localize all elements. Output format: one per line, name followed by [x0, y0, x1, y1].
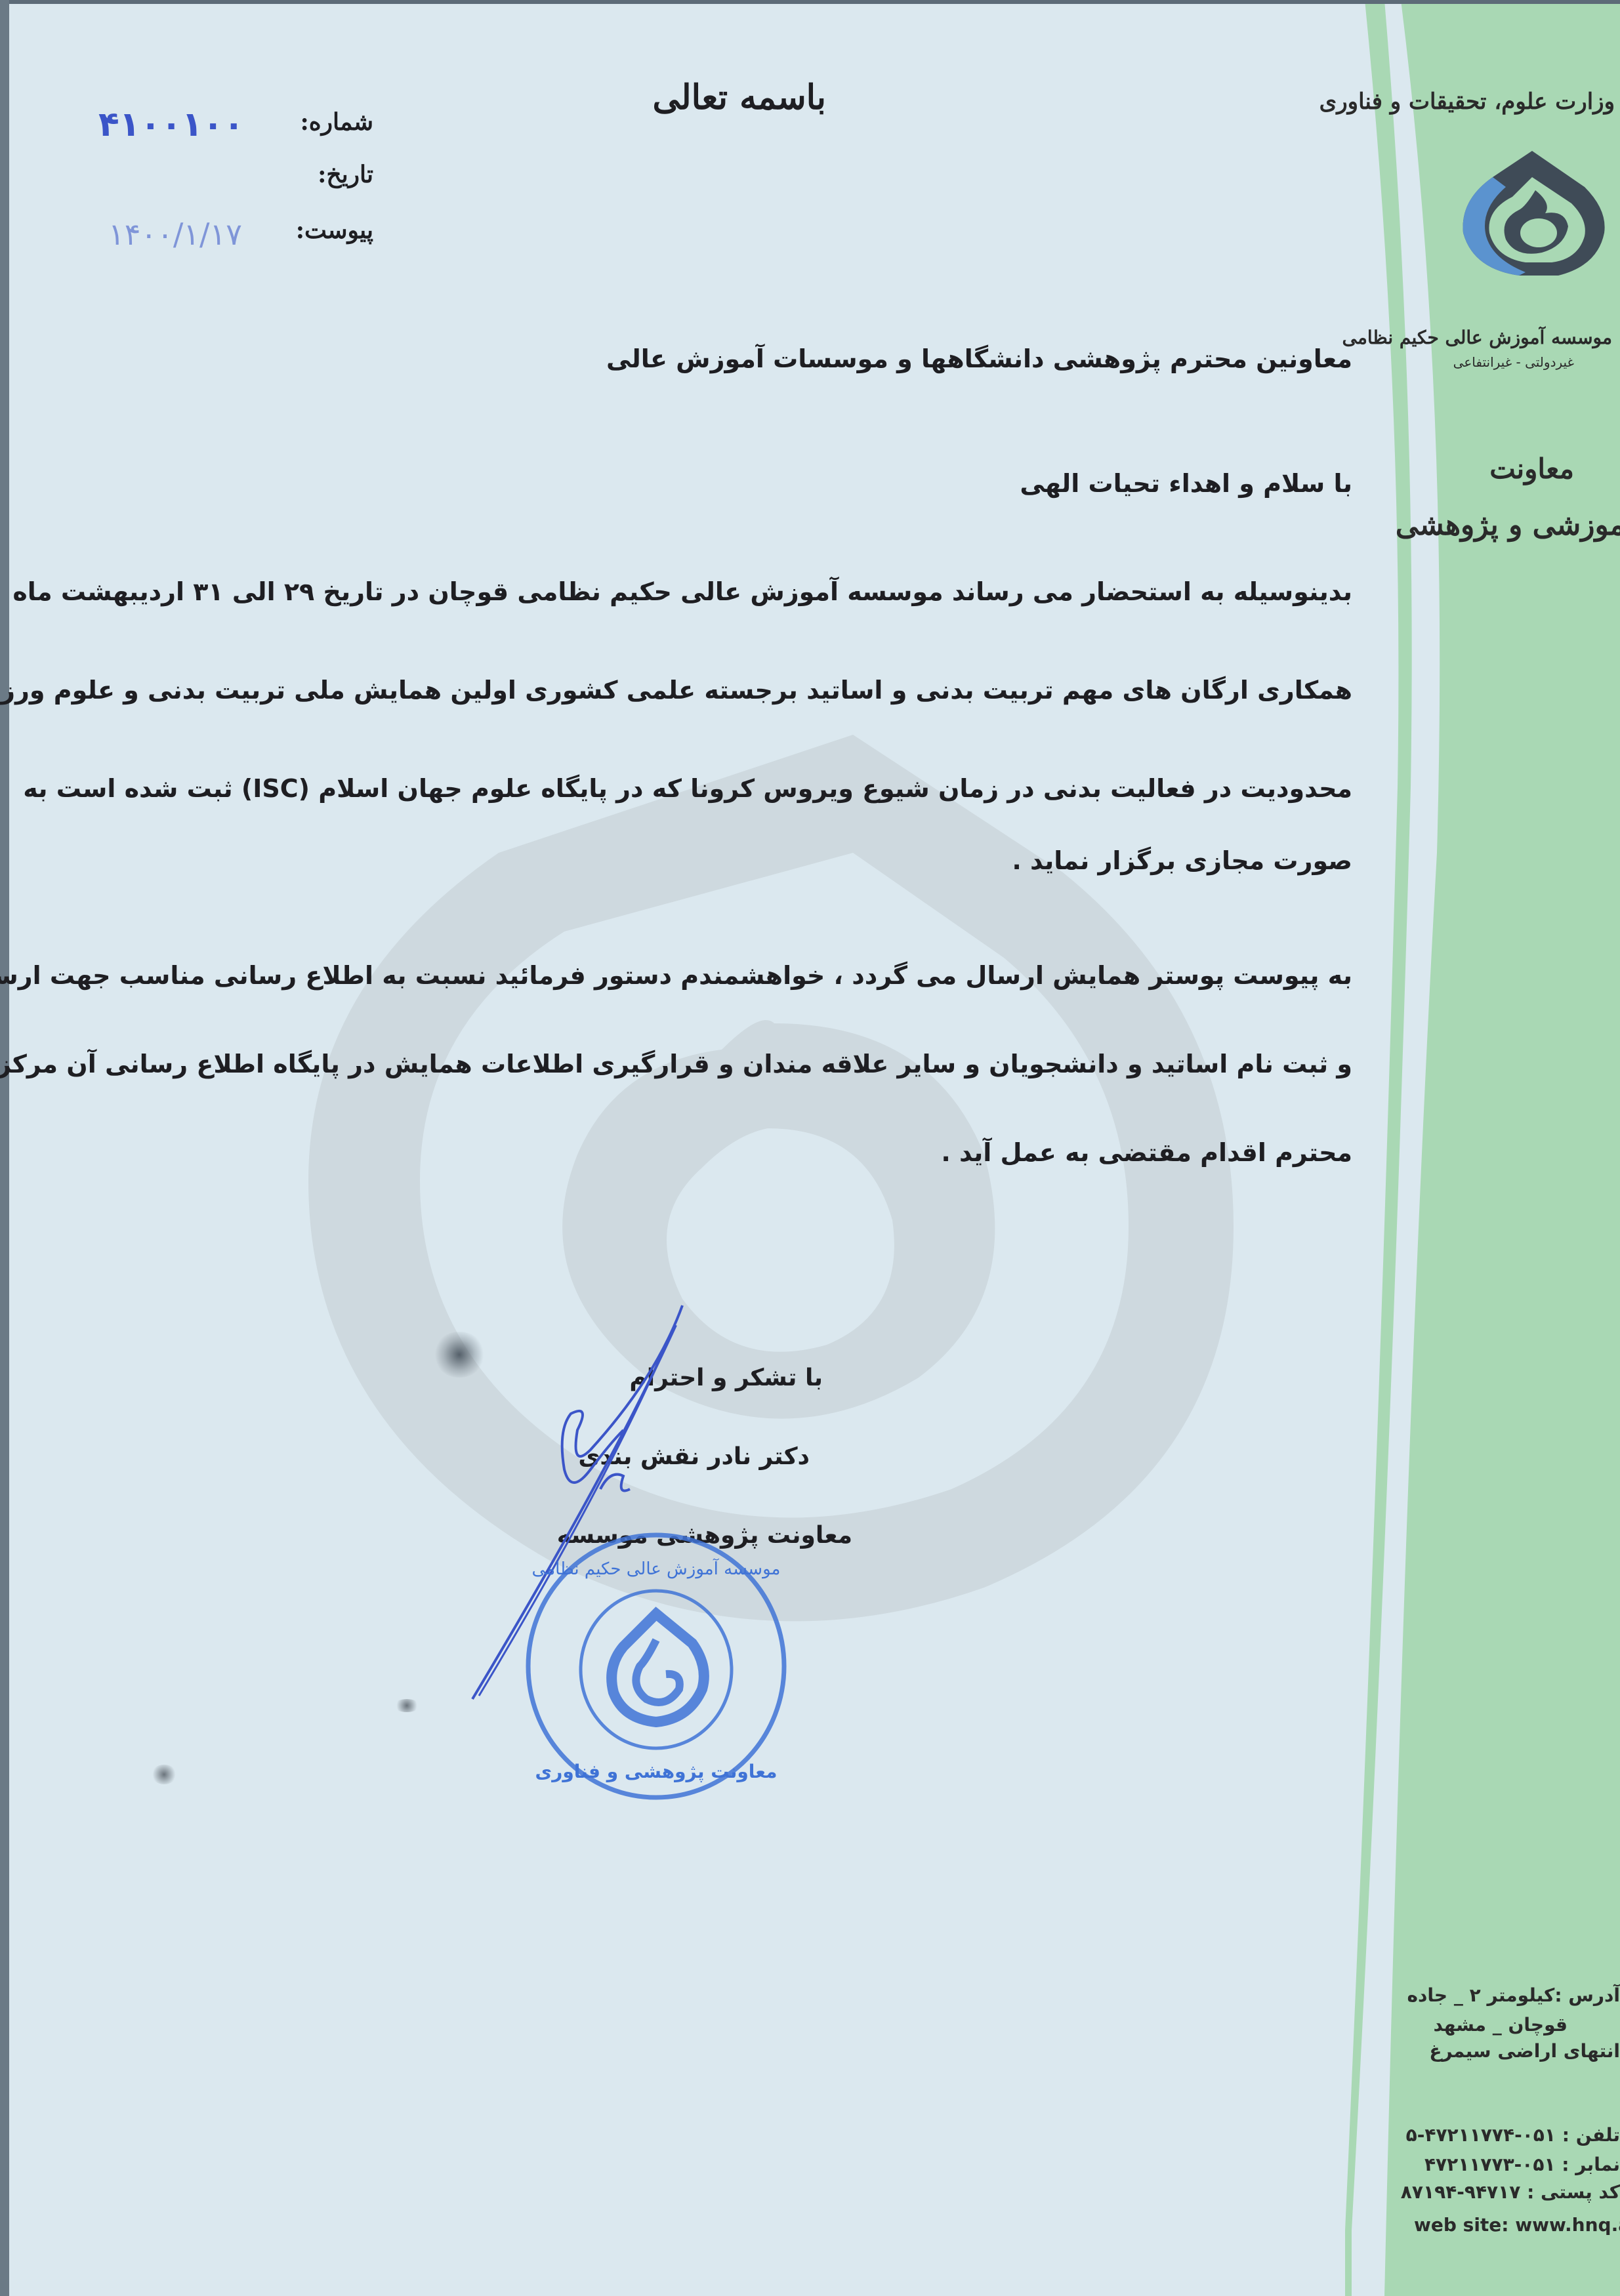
- scan-top-edge: [0, 0, 1620, 4]
- department-line1: معاونت: [1489, 453, 1574, 485]
- paragraph2-line: و ثبت نام اساتید و دانشجویان و سایر علاق…: [0, 1050, 1352, 1078]
- paragraph1-line: همکاری ارگان های مهم تربیت بدنی و اساتید…: [0, 676, 1352, 705]
- address-line: آدرس :کیلومتر ۲ _ جاده: [1407, 1984, 1620, 2006]
- institute-type: غیردولتی - غیرانتفاعی: [1453, 354, 1574, 370]
- institute-logo-icon: [1453, 148, 1611, 279]
- fax-number: نمابر : ۰۵۱-۴۷۲۱۱۷۷۳: [1424, 2154, 1620, 2175]
- ink-smudge: [394, 1699, 420, 1712]
- address-line: قوچان _ مشهد: [1434, 2014, 1568, 2036]
- svg-text:موسسه آموزش عالی حکیم نظامی: موسسه آموزش عالی حکیم نظامی: [532, 1558, 781, 1579]
- paragraph2-line: به پیوست پوستر همایش ارسال می گردد ، خوا…: [0, 961, 1352, 990]
- svg-text:معاونت پژوهشی و فناوری: معاونت پژوهشی و فناوری: [535, 1761, 778, 1782]
- greeting-line: با سلام و اهداء تحیات الهی: [1020, 469, 1352, 498]
- scan-left-edge: [0, 0, 9, 2296]
- date-label: تاریخ:: [318, 161, 373, 188]
- letter-number-value: ۴۱۰۰۱۰۰: [98, 105, 244, 144]
- ink-smudge: [433, 1332, 486, 1378]
- attachment-value: ۱۴۰۰/۱/۱۷: [108, 216, 242, 252]
- phone-number: تلفن : ۰۵۱-۴۷۲۱۱۷۷۴-۵: [1406, 2124, 1620, 2146]
- paragraph1-line: صورت مجازی برگزار نماید .: [1012, 846, 1352, 875]
- attachment-label: پیوست:: [296, 216, 373, 244]
- letter-page: وزارت علوم، تحقیقات و فناوری موسسه آموزش…: [0, 0, 1620, 2296]
- department-line2: آموزشی و پژوهشی: [1396, 508, 1620, 542]
- recipient-line: معاونین محترم پژوهشی دانشگاهها و موسسات …: [606, 344, 1352, 373]
- institute-name: موسسه آموزش عالی حکیم نظامی: [1342, 327, 1612, 348]
- paragraph2-line: محترم اقدام مقتضی به عمل آید .: [941, 1138, 1352, 1167]
- ink-smudge: [151, 1765, 177, 1784]
- address-line: انتهای اراضی سیمرغ: [1429, 2040, 1620, 2062]
- number-label: شماره:: [301, 108, 373, 136]
- paragraph1-line: محدودیت در فعالیت بدنی در زمان شیوع ویرو…: [23, 774, 1352, 803]
- website-link[interactable]: web site: www.hnq.ac.ir: [1414, 2214, 1620, 2236]
- postal-code: کد پستی : ۹۴۷۱۷-۸۷۱۹۴: [1401, 2181, 1620, 2203]
- paragraph1-line: بدینوسیله به استحضار می رساند موسسه آموز…: [0, 577, 1352, 606]
- official-stamp-icon: موسسه آموزش عالی حکیم نظامی معاونت پژوهش…: [518, 1528, 794, 1804]
- ministry-name: وزارت علوم، تحقیقات و فناوری: [1319, 89, 1615, 115]
- invocation-heading: باسمه تعالی: [652, 77, 826, 117]
